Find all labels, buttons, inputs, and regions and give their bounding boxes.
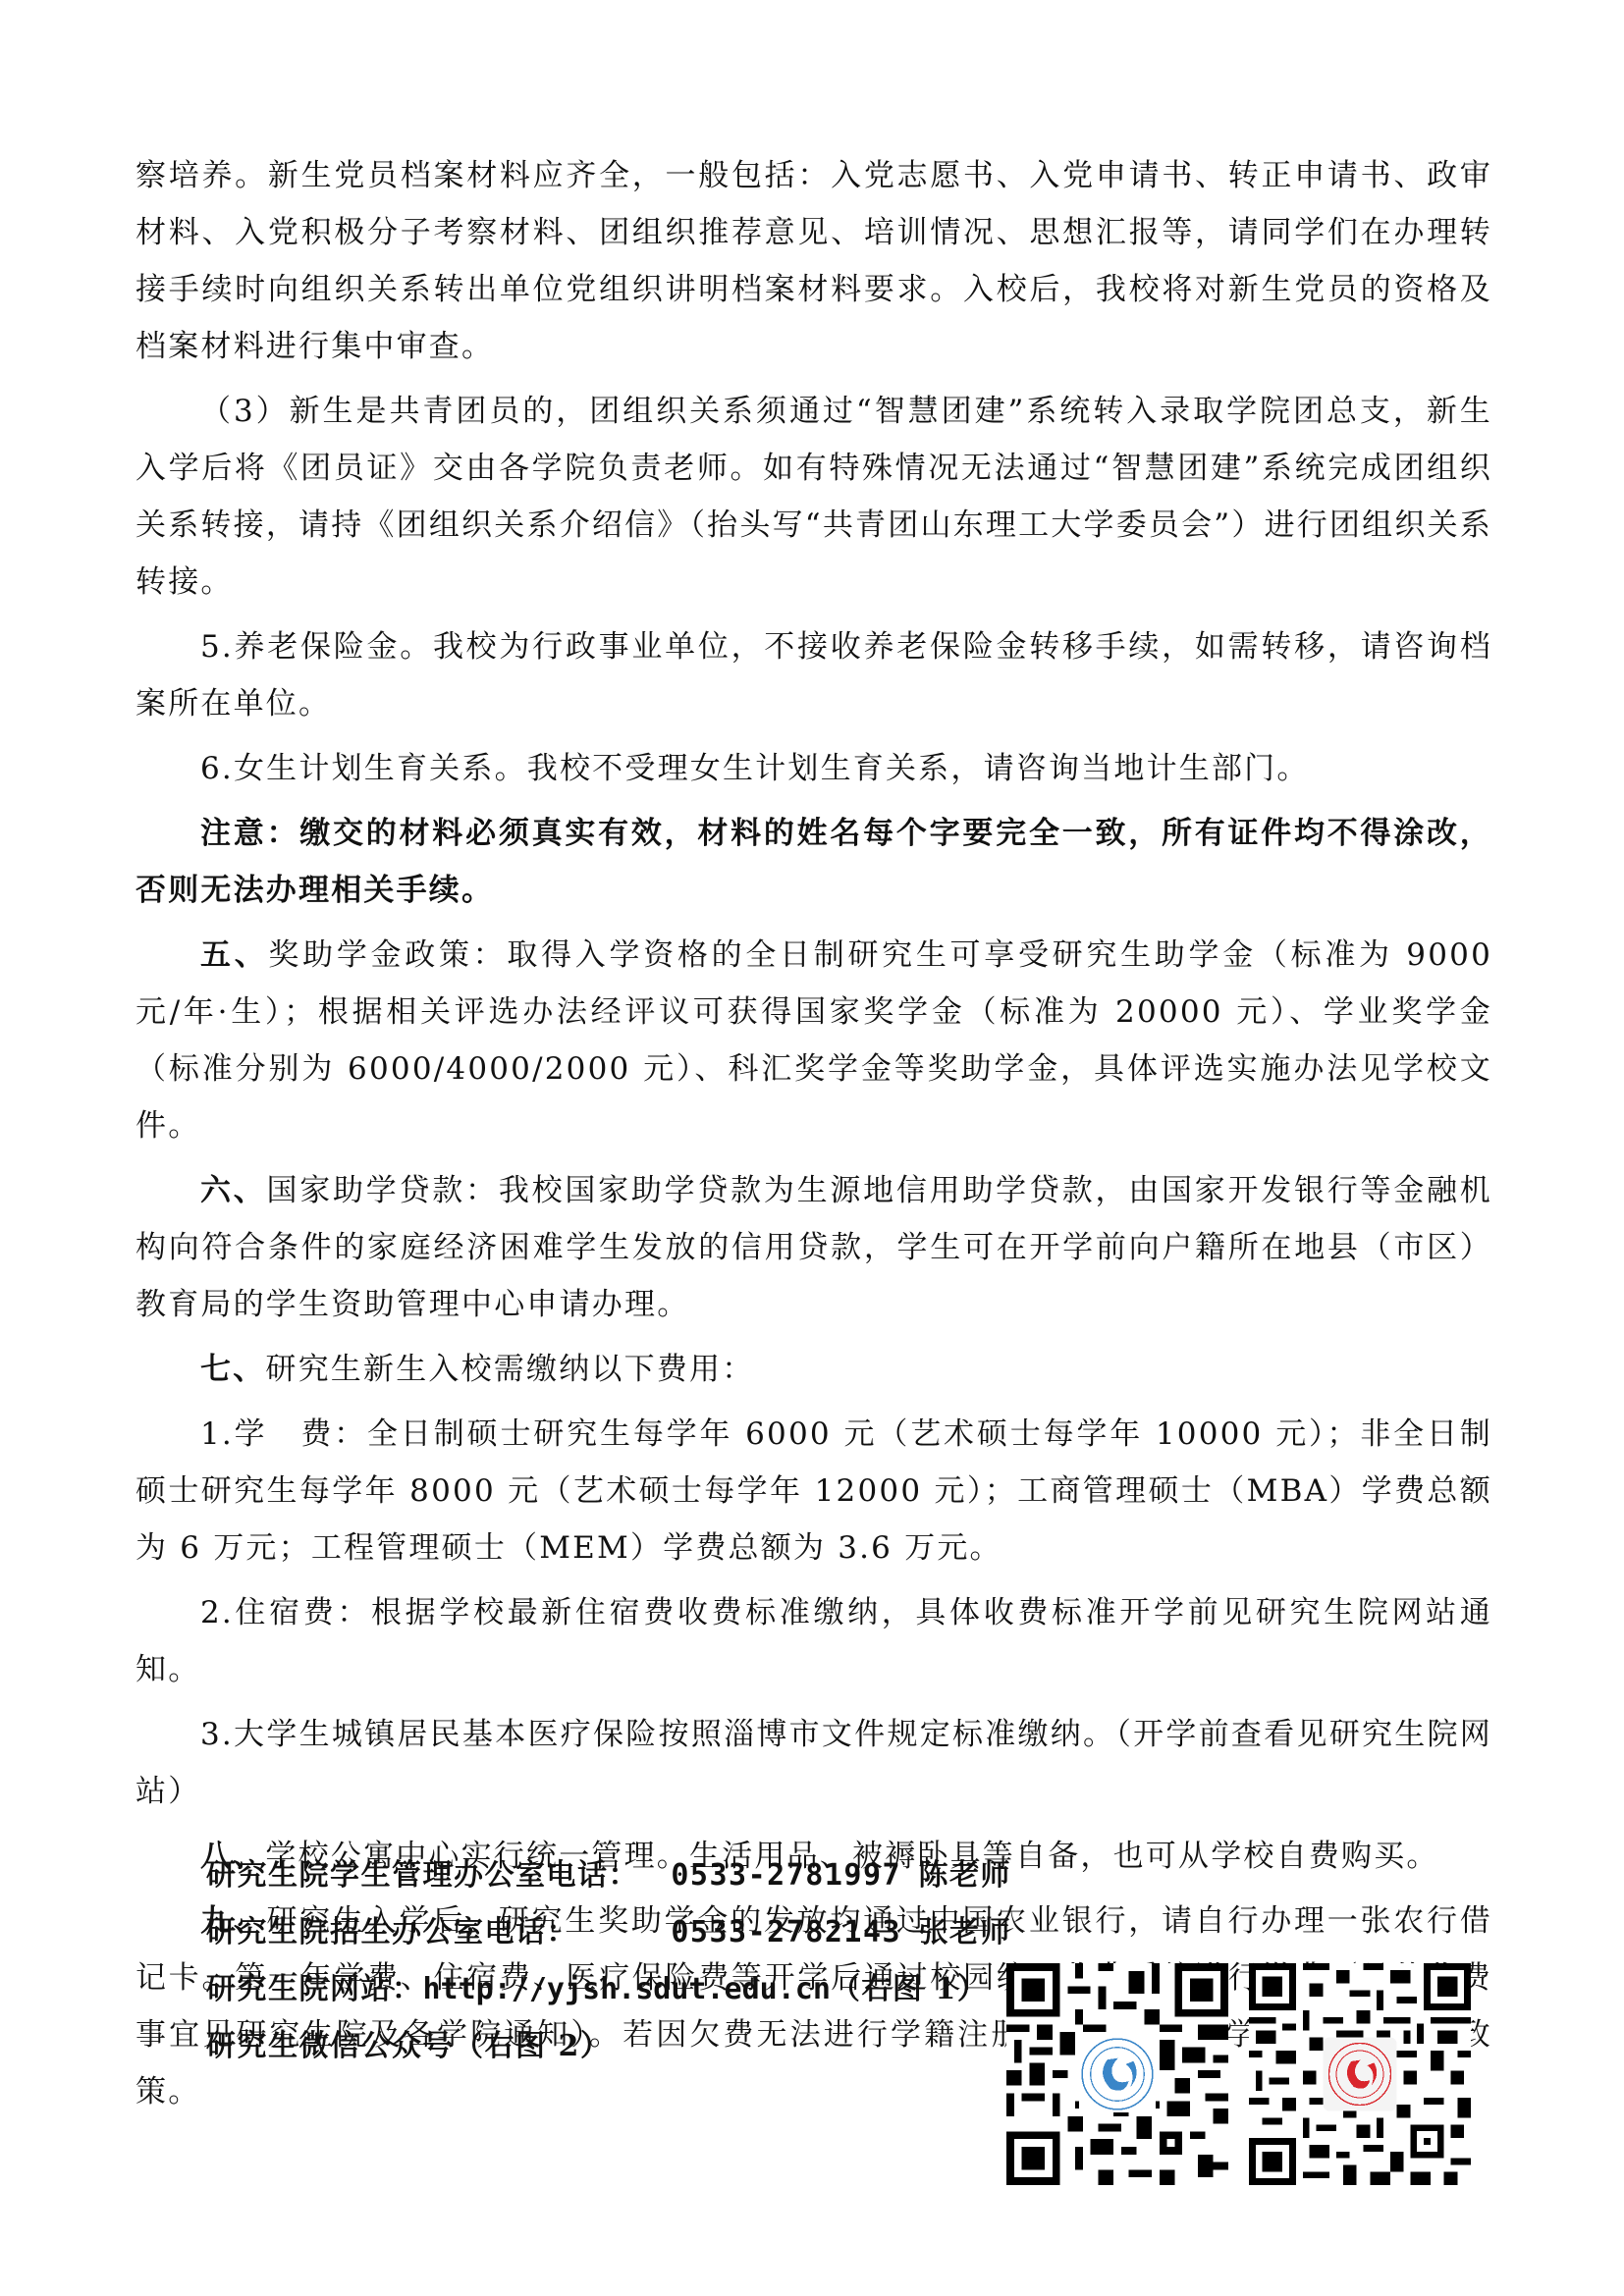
paragraph-text: 1.学 费：全日制硕士研究生每学年 6000 元（艺术硕士每学年 10000 元… (135, 1416, 1492, 1566)
paragraph-party-archive: 察培养。新生党员档案材料应齐全，一般包括：入党志愿书、入党申请书、转正申请书、政… (135, 147, 1492, 375)
paragraph-text: 2.住宿费：根据学校最新住宿费收费标准缴纳，具体收费标准开学前见研究生院网站通知… (135, 1595, 1492, 1687)
section-number: 七、 (200, 1352, 265, 1387)
qr-code-icon (1006, 1963, 1228, 2185)
notice-label: 注意： (200, 816, 299, 851)
contact-person: 陈老师 (919, 1847, 1012, 1904)
paragraph-league-transfer: （3）新生是共青团员的，团组织关系须通过“智慧团建”系统转入录取学院团总支，新生… (135, 383, 1492, 611)
paragraph-accommodation: 2.住宿费：根据学校最新住宿费收费标准缴纳，具体收费标准开学前见研究生院网站通知… (135, 1584, 1492, 1698)
website-link[interactable]: http://yjsh.sdut.edu.cn (423, 1961, 831, 2018)
paragraph-tuition: 1.学 费：全日制硕士研究生每学年 6000 元（艺术硕士每学年 10000 元… (135, 1406, 1492, 1576)
contact-label: 研究生院招生办公室电话： (206, 1904, 671, 1961)
contact-person: 张老师 (919, 1904, 1012, 1961)
section-number: 六、 (200, 1173, 267, 1208)
document-body: 察培养。新生党员档案材料应齐全，一般包括：入党志愿书、入党申请书、转正申请书、政… (135, 147, 1492, 2128)
contact-student-office: 研究生院学生管理办公室电话： 0533-2781997 陈老师 (206, 1847, 1011, 1904)
contact-label: 研究生院网站： (206, 1961, 423, 2018)
paragraph-fees-heading: 七、研究生新生入校需缴纳以下费用： (135, 1341, 1492, 1398)
paragraph-text: 研究生新生入校需缴纳以下费用： (265, 1352, 754, 1387)
paragraph-pension: 5.养老保险金。我校为行政事业单位，不接收养老保险金转移手续，如需转移，请咨询档… (135, 618, 1492, 732)
wechat-qr-code (1249, 1963, 1471, 2185)
paragraph-text: 察培养。新生党员档案材料应齐全，一般包括：入党志愿书、入党申请书、转正申请书、政… (135, 158, 1492, 364)
contact-label: 研究生院学生管理办公室电话： (206, 1847, 671, 1904)
document-page: 察培养。新生党员档案材料应齐全，一般包括：入党志愿书、入党申请书、转正申请书、政… (0, 0, 1624, 2296)
website-note: （右图 1） (831, 1961, 988, 2018)
paragraph-text: 5.养老保险金。我校为行政事业单位，不接收养老保险金转移手续，如需转移，请咨询档… (135, 629, 1492, 721)
paragraph-text: 6.女生计划生育关系。我校不受理女生计划生育关系，请咨询当地计生部门。 (200, 751, 1310, 786)
wechat-note: （右图 2） (454, 2018, 611, 2075)
paragraph-family-planning: 6.女生计划生育关系。我校不受理女生计划生育关系，请咨询当地计生部门。 (135, 740, 1492, 797)
paragraph-insurance: 3.大学生城镇居民基本医疗保险按照淄博市文件规定标准缴纳。（开学前查看见研究生院… (135, 1706, 1492, 1820)
paragraph-notice: 注意：缴交的材料必须真实有效，材料的姓名每个字要完全一致，所有证件均不得涂改，否… (135, 805, 1492, 919)
paragraph-text: 缴交的材料必须真实有效，材料的姓名每个字要完全一致，所有证件均不得涂改，否则无法… (135, 816, 1492, 908)
contact-website: 研究生院网站： http://yjsh.sdut.edu.cn （右图 1） (206, 1961, 1011, 2018)
contact-admission-office: 研究生院招生办公室电话： 0533-2782143 张老师 (206, 1904, 1011, 1961)
paragraph-scholarship: 五、奖助学金政策：取得入学资格的全日制研究生可享受研究生助学金（标准为 9000… (135, 927, 1492, 1154)
paragraph-text: 3.大学生城镇居民基本医疗保险按照淄博市文件规定标准缴纳。（开学前查看见研究生院… (135, 1717, 1492, 1809)
website-qr-code (1006, 1963, 1228, 2185)
phone-number: 0533-2781997 (671, 1847, 918, 1904)
phone-number: 0533-2782143 (671, 1904, 918, 1961)
paragraph-text: 奖助学金政策：取得入学资格的全日制研究生可享受研究生助学金（标准为 9000 元… (135, 937, 1492, 1144)
contact-wechat: 研究生微信公众号 （右图 2） (206, 2018, 1011, 2075)
contact-info: 研究生院学生管理办公室电话： 0533-2781997 陈老师 研究生院招生办公… (206, 1847, 1011, 2075)
section-number: 五、 (200, 937, 268, 973)
paragraph-loan: 六、国家助学贷款：我校国家助学贷款为生源地信用助学贷款，由国家开发银行等金融机构… (135, 1162, 1492, 1333)
paragraph-text: （3）新生是共青团员的，团组织关系须通过“智慧团建”系统转入录取学院团总支，新生… (135, 394, 1492, 600)
contact-label: 研究生微信公众号 (206, 2018, 454, 2075)
paragraph-text: 国家助学贷款：我校国家助学贷款为生源地信用助学贷款，由国家开发银行等金融机构向符… (135, 1173, 1492, 1322)
qr-code-icon (1249, 1963, 1471, 2185)
